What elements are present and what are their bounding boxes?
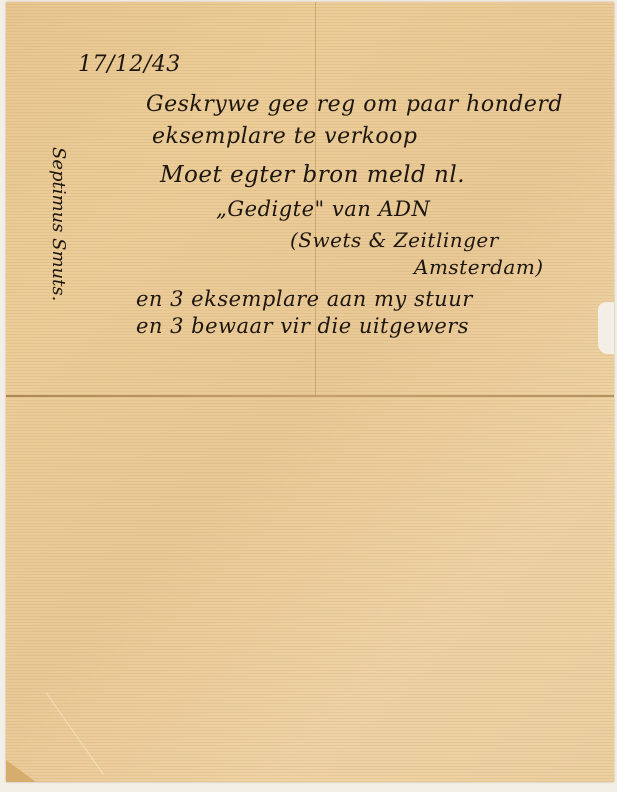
letter-line-1: Geskrywe gee reg om paar honderd	[146, 92, 563, 117]
folded-corner	[6, 760, 36, 782]
signature-side-note: Septimus Smuts.	[48, 147, 69, 301]
torn-edge	[598, 302, 614, 354]
letter-line-6: Amsterdam)	[414, 255, 544, 279]
letter-line-4: „Gedigte" van ADN	[216, 197, 430, 221]
letter-line-2: eksemplare te verkoop	[152, 124, 418, 149]
letter-page: 17/12/43 Geskrywe gee reg om paar honder…	[6, 2, 614, 782]
letter-date: 17/12/43	[78, 52, 181, 77]
diagonal-crease	[46, 692, 104, 774]
letter-line-7: en 3 eksemplare aan my stuur	[136, 287, 473, 311]
letter-line-8: en 3 bewaar vir die uitgewers	[136, 314, 469, 338]
horizontal-fold-crease	[6, 395, 614, 397]
letter-line-5: (Swets & Zeitlinger	[290, 228, 499, 252]
letter-line-3: Moet egter bron meld nl.	[160, 162, 465, 188]
